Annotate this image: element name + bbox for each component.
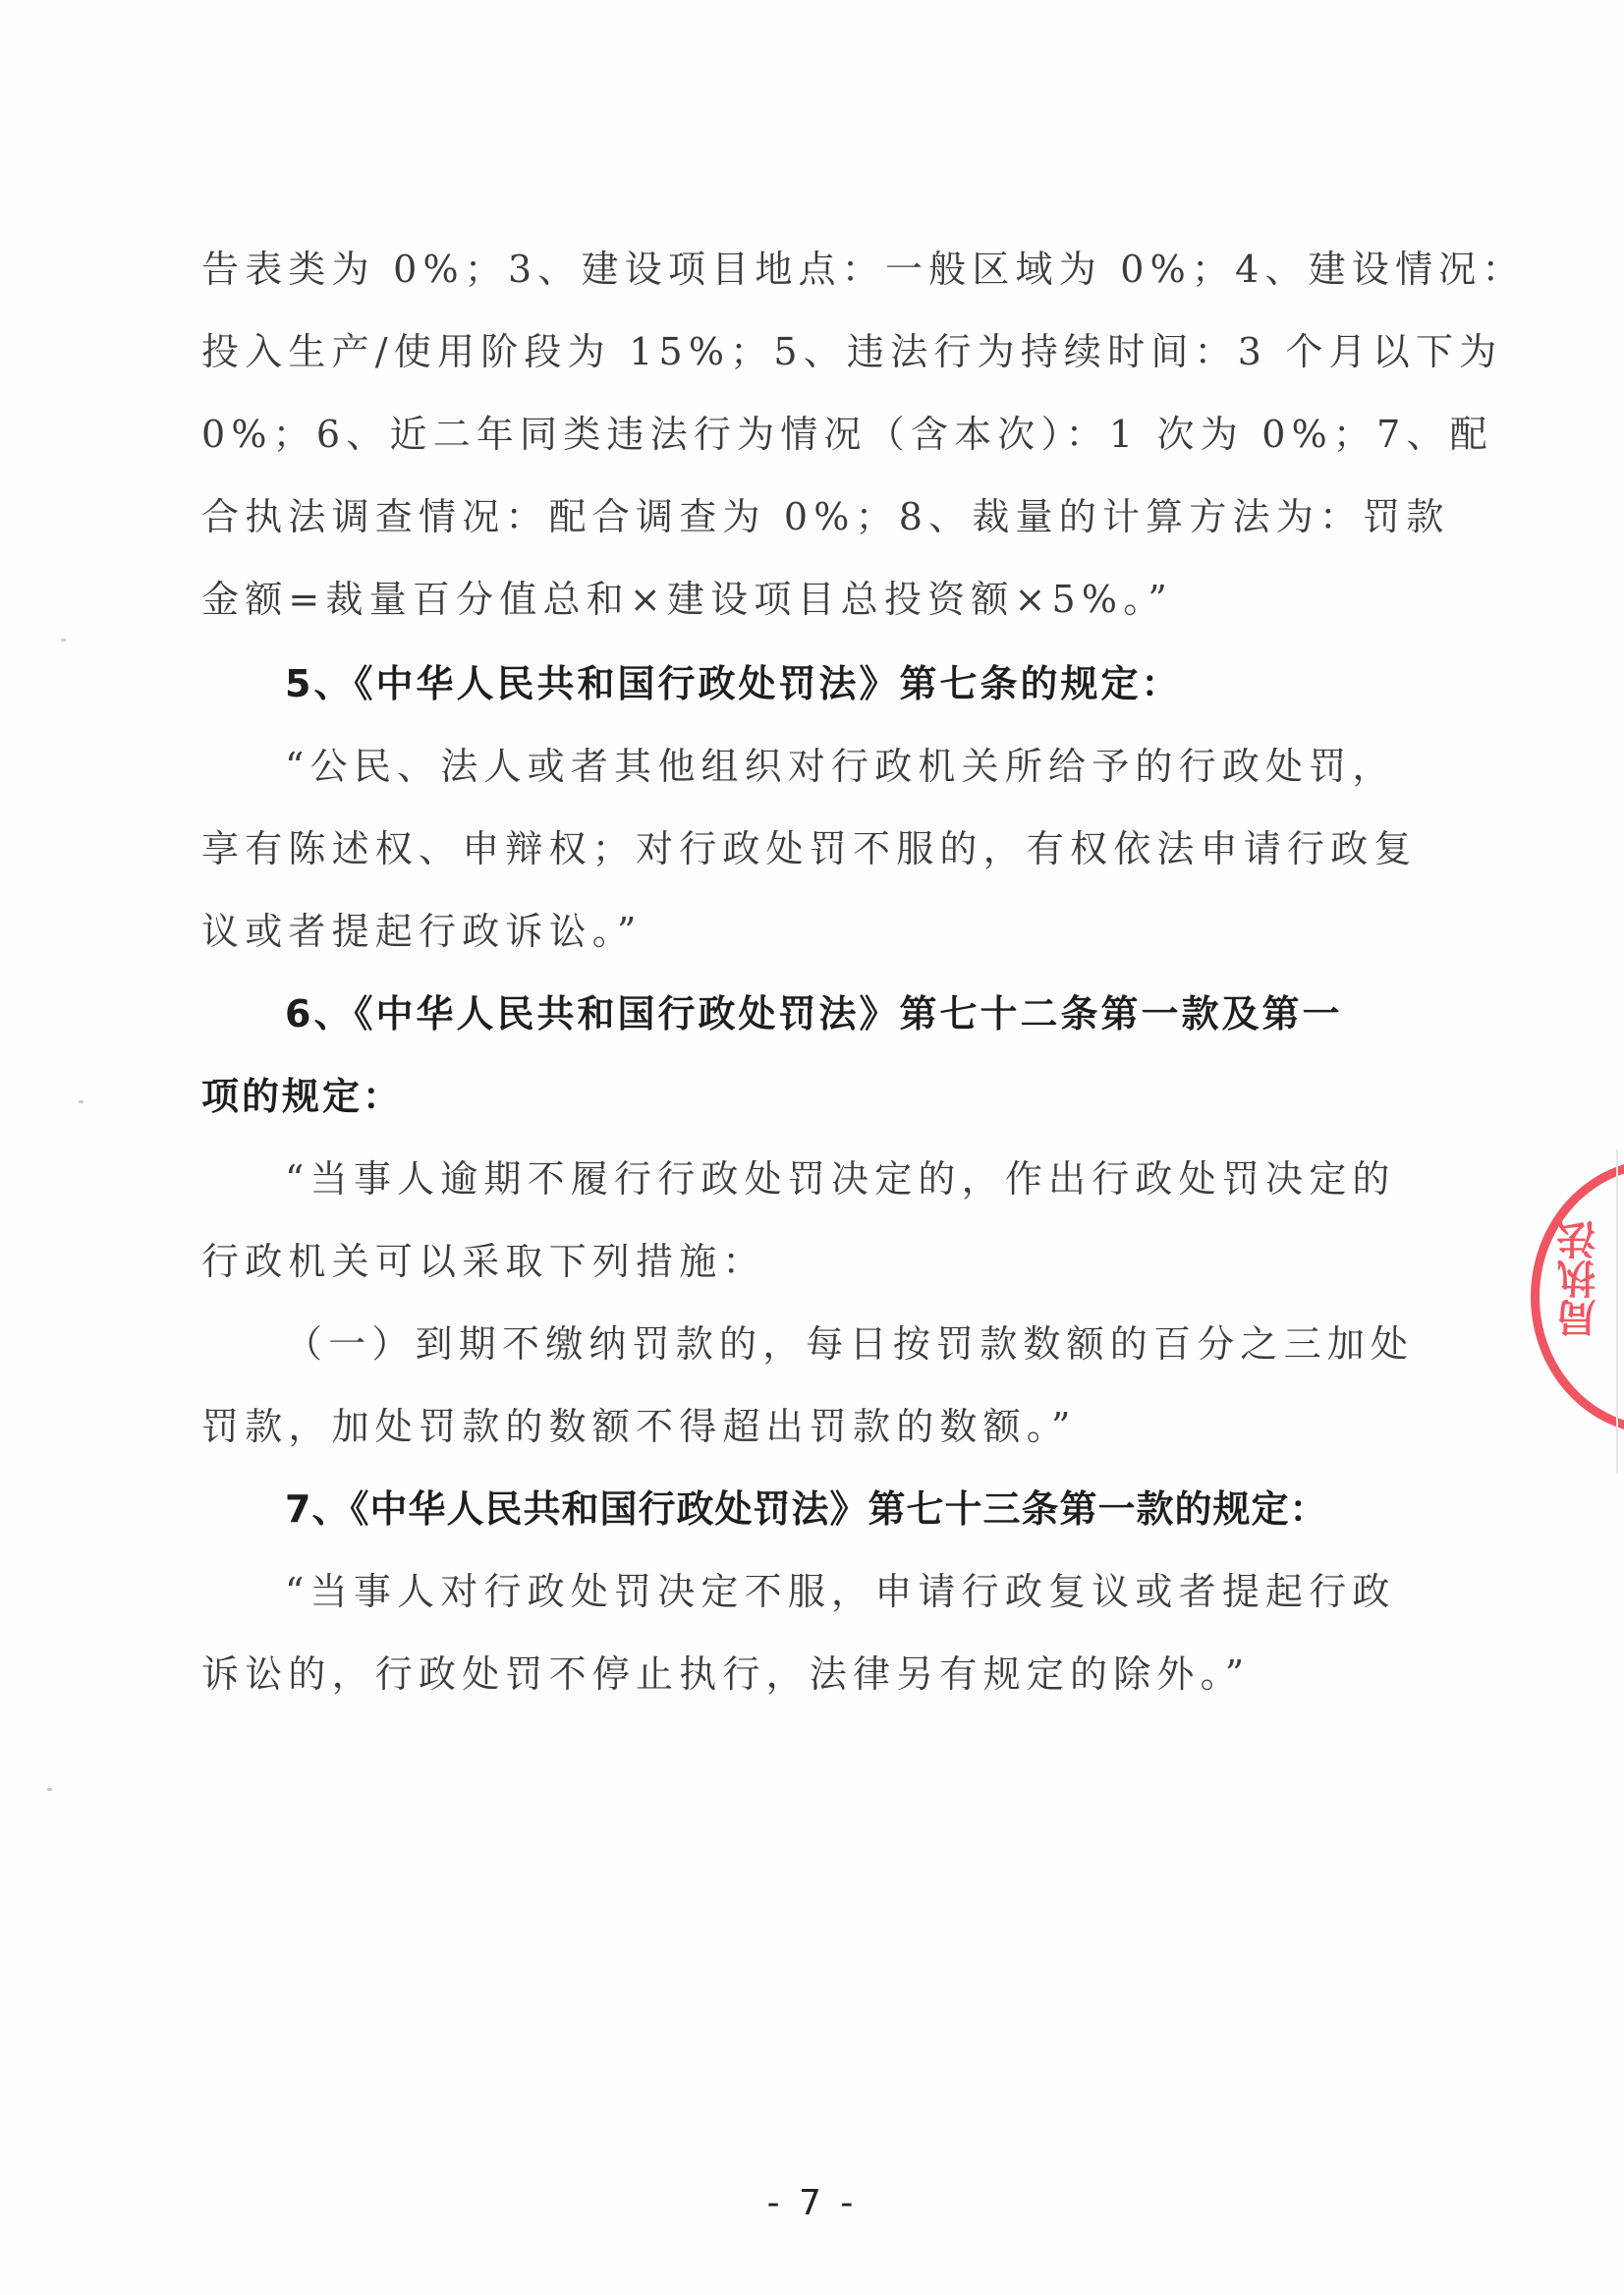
section-heading-7: 7、《中华人民共和国行政处罚法》第七十三条第一款的规定： [285,1485,1439,1533]
quote-line: 行政机关可以采取下列措施： [201,1238,1439,1285]
quote-line: 享有陈述权、申辩权；对行政处罚不服的，有权依法申请行政复 [201,825,1439,872]
scan-speck [61,639,66,642]
quote-line: 诉讼的，行政处罚不停止执行，法律另有规定的除外。” [201,1651,1439,1698]
text-line: 告表类为 0%；3、建设项目地点：一般区域为 0%；4、建设情况： [201,246,1439,293]
text-line: 金额=裁量百分值总和×建设项目总投资额×5%。” [201,576,1439,623]
quote-line: “当事人逾期不履行行政处罚决定的，作出行政处罚决定的 [285,1155,1439,1203]
scan-edge-line [1616,1149,1618,1474]
text-line: 0%；6、近二年同类违法行为情况（含本次）：1 次为 0%；7、配 [201,411,1439,458]
text-line: 投入生产/使用阶段为 15%；5、违法行为持续时间：3 个月以下为 [201,328,1439,375]
page-number: - 7 - [0,2183,1624,2223]
official-seal-stamp: 局执法 [1521,1159,1624,1444]
section-heading-6-cont: 项的规定： [201,1073,1439,1120]
quote-line: 罚款，加处罚款的数额不得超出罚款的数额。” [201,1403,1439,1450]
quote-line: 议或者提起行政诉讼。” [201,908,1439,955]
document-page: 告表类为 0%；3、建设项目地点：一般区域为 0%；4、建设情况： 投入生产/使… [0,0,1624,2295]
seal-text: 局执法 [1556,1220,1601,1338]
section-heading-6: 6、《中华人民共和国行政处罚法》第七十二条第一款及第一 [285,990,1439,1037]
scan-speck [79,1100,84,1103]
scan-speck [47,1788,52,1791]
text-line: 合执法调查情况：配合调查为 0%；8、裁量的计算方法为：罚款 [201,493,1439,540]
quote-line: “当事人对行政处罚决定不服，申请行政复议或者提起行政 [285,1568,1439,1615]
section-heading-5: 5、《中华人民共和国行政处罚法》第七条的规定： [285,660,1439,707]
quote-line: （一）到期不缴纳罚款的，每日按罚款数额的百分之三加处 [285,1320,1439,1368]
quote-line: “公民、法人或者其他组织对行政机关所给予的行政处罚， [285,743,1439,790]
